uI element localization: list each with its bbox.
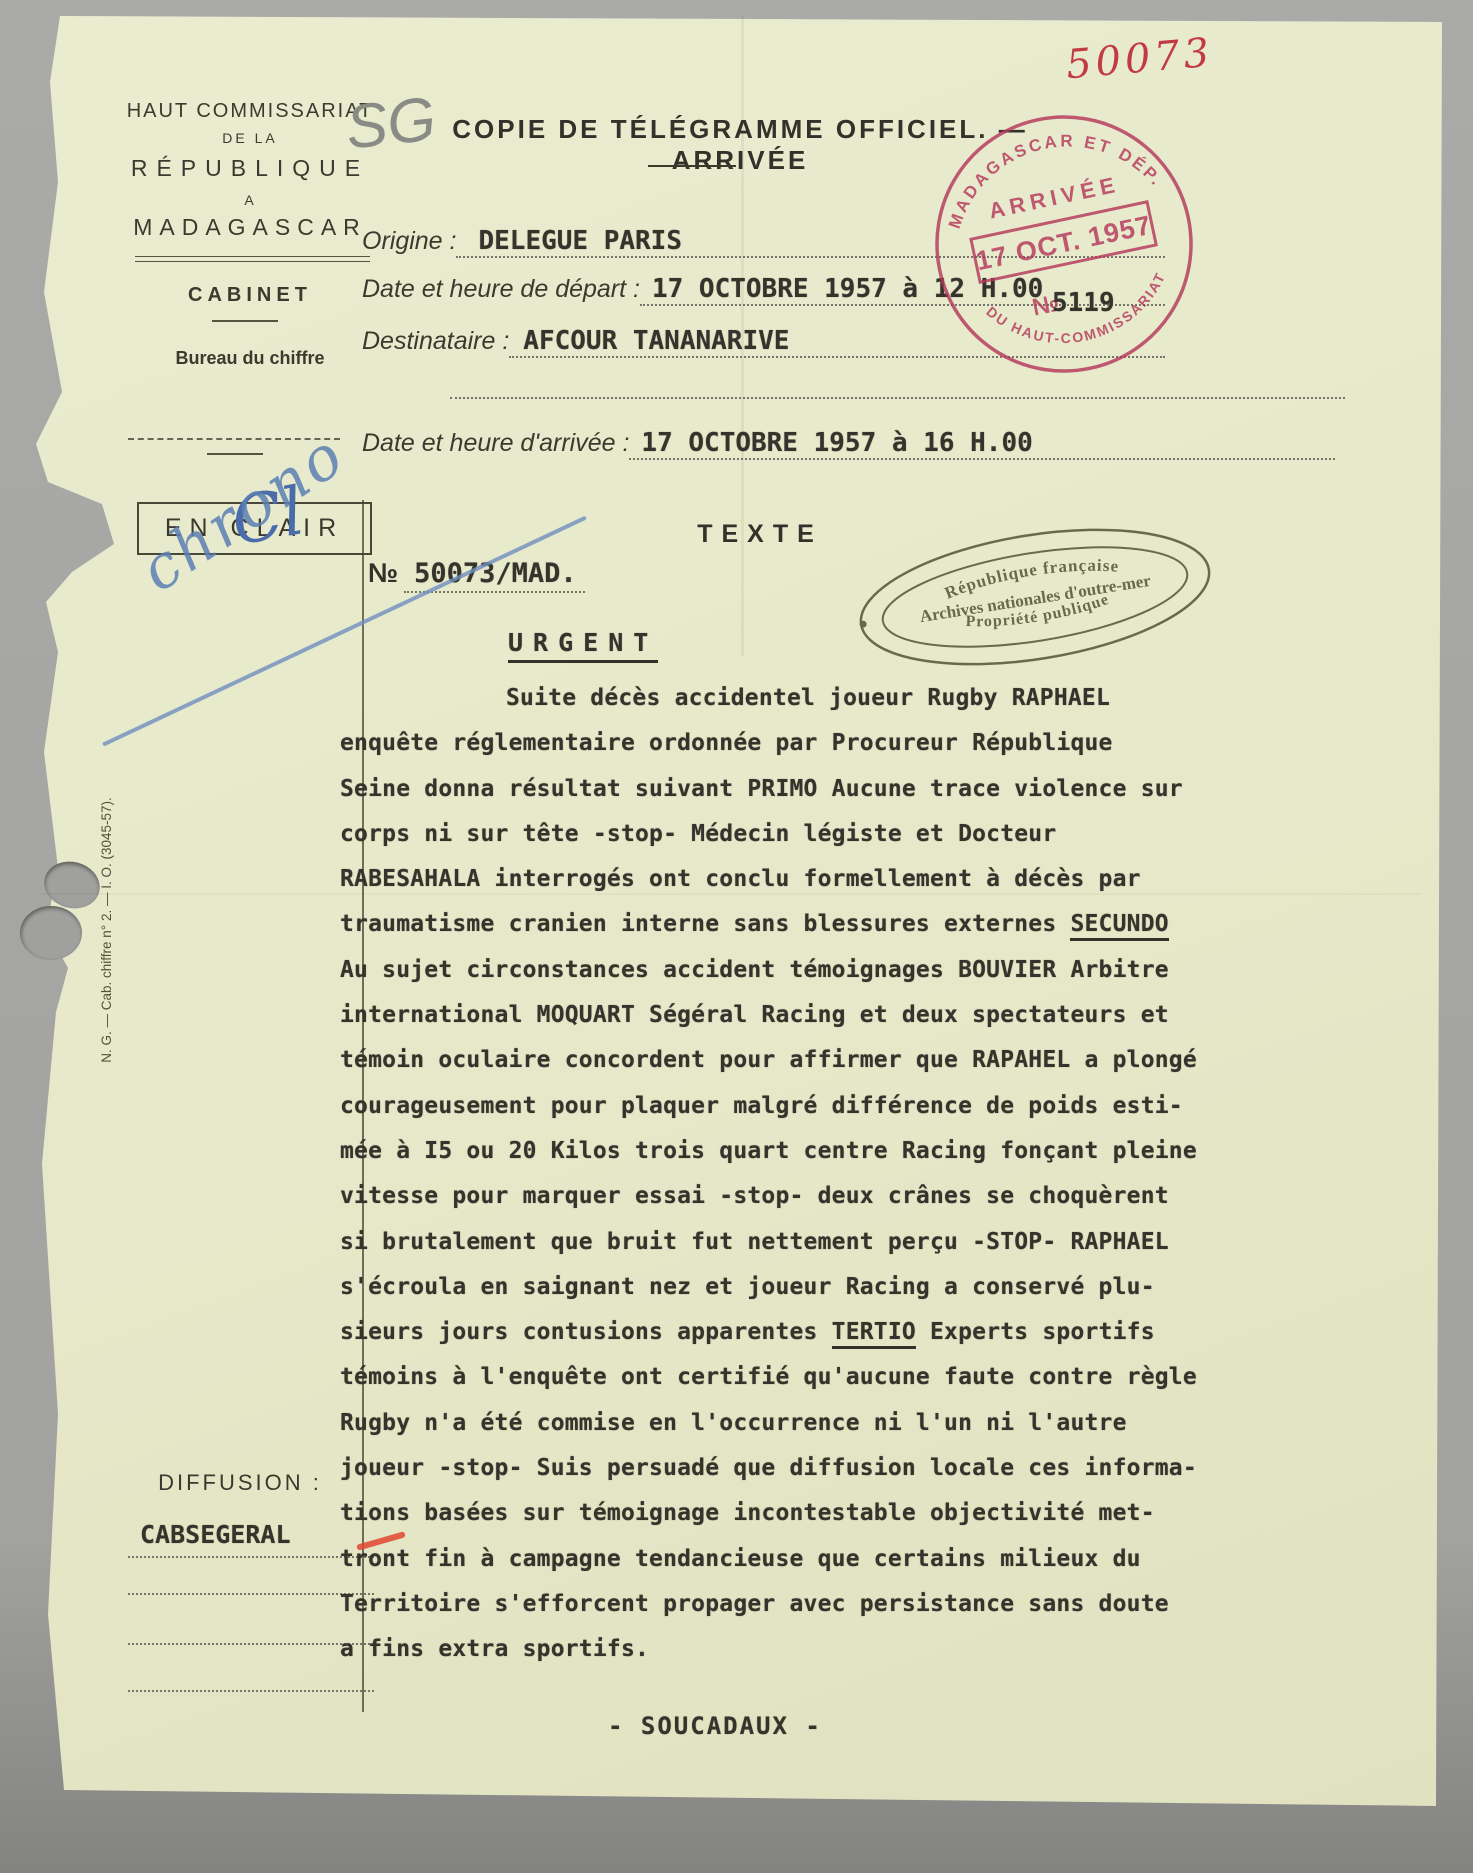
- rule: [212, 320, 278, 322]
- field-destinataire-label: Destinataire :: [362, 327, 509, 358]
- punch-hole: [20, 906, 82, 960]
- telegram-line: s'écroula en saignant nez et joueur Raci…: [340, 1274, 1230, 1319]
- archive-stamp: République française Archives nationales…: [845, 515, 1225, 680]
- urgent-heading: URGENT: [508, 628, 658, 663]
- scanned-telegram-page: HAUT COMMISSARIAT DE LA RÉPUBLIQUE A MAD…: [0, 0, 1473, 1873]
- telegram-line: sieurs jours contusions apparentes TERTI…: [340, 1319, 1230, 1364]
- telegram-number-row: №50073/MAD.: [368, 558, 585, 589]
- field-origin-label: Origine :: [362, 227, 456, 258]
- stamp-arrivee-word: ARRIVÉE: [987, 172, 1122, 224]
- letterhead-line-4: A: [100, 192, 400, 208]
- field-arrivee-label: Date et heure d'arrivée :: [362, 429, 629, 460]
- blank-line: [128, 1643, 374, 1645]
- rule: [135, 256, 370, 262]
- telegram-line: RABESAHALA interrogés ont conclu formell…: [340, 866, 1230, 911]
- letterhead-bureau: Bureau du chiffre: [100, 348, 400, 369]
- field-depart-label: Date et heure de départ :: [362, 275, 640, 306]
- arrival-stamp: MADAGASCAR ET DÉP. ARRIVÉE 17 OCT. 1957 …: [928, 108, 1200, 380]
- telegram-line: si brutalement que bruit fut nettement p…: [340, 1229, 1230, 1274]
- telegram-line: courageusement pour plaquer malgré diffé…: [340, 1093, 1230, 1138]
- letterhead-cabinet: CABINET: [100, 284, 400, 307]
- field-arrivee-value: 17 OCTOBRE 1957 à 16 H.00: [641, 428, 1032, 458]
- printer-imprint: N. G. — Cab. chiffre n° 2. — I. O. (3045…: [99, 720, 117, 1140]
- telegram-line: Rugby n'a été commise en l'occurrence ni…: [340, 1410, 1230, 1455]
- telegram-line: Au sujet circonstances accident témoigna…: [340, 957, 1230, 1002]
- telegram-number-label: №: [368, 558, 398, 588]
- letterhead-line-5: MADAGASCAR: [95, 214, 405, 241]
- telegram-line: joueur -stop- Suis persuadé que diffusio…: [340, 1455, 1230, 1500]
- telegram-line: témoins à l'enquête ont certifié qu'aucu…: [340, 1364, 1230, 1409]
- rule: [648, 165, 736, 167]
- diffusion-row: CABSEGERAL: [128, 1520, 374, 1558]
- telegram-line: Territoire s'efforcent propager avec per…: [340, 1591, 1230, 1636]
- telegram-line: mée à I5 ou 20 Kilos trois quart centre …: [340, 1138, 1230, 1183]
- signature: - SOUCADAUX -: [608, 1712, 822, 1740]
- arrival-register-number: 5119: [1052, 288, 1115, 318]
- blank-line: [450, 397, 1345, 399]
- rule: [207, 453, 263, 455]
- telegram-line: Suite décès accidentel joueur Rugby RAPH…: [340, 685, 1230, 730]
- telegram-line: tions basées sur témoignage incontestabl…: [340, 1500, 1230, 1545]
- telegram-line: vitesse pour marquer essai -stop- deux c…: [340, 1183, 1230, 1228]
- diffusion-label: DIFFUSION :: [118, 1470, 362, 1496]
- telegram-body: Suite décès accidentel joueur Rugby RAPH…: [340, 685, 1230, 1682]
- telegram-line: enquête réglementaire ordonnée par Procu…: [340, 730, 1230, 775]
- telegram-line: tront fin à campagne tendancieuse que ce…: [340, 1546, 1230, 1591]
- telegram-line: a fins extra sportifs.: [340, 1636, 1230, 1681]
- telegram-line: traumatisme cranien interne sans blessur…: [340, 911, 1230, 956]
- blank-line: [128, 1690, 374, 1692]
- telegram-line: international MOQUART Ségéral Racing et …: [340, 1002, 1230, 1047]
- field-origin-value: DELEGUE PARIS: [478, 226, 682, 256]
- field-destinataire-value: AFCOUR TANANARIVE: [523, 326, 789, 356]
- telegram-line: témoin oculaire concordent pour affirmer…: [340, 1047, 1230, 1092]
- pencil-initials: SG: [343, 84, 440, 164]
- diffusion-value: CABSEGERAL: [140, 1520, 291, 1549]
- field-arrivee: Date et heure d'arrivée : 17 OCTOBRE 195…: [362, 424, 1335, 460]
- telegram-line: Seine donna résultat suivant PRIMO Aucun…: [340, 776, 1230, 821]
- telegram-line: corps ni sur tête -stop- Médecin légiste…: [340, 821, 1230, 866]
- texte-heading: TEXTE: [640, 520, 880, 549]
- blank-line: [128, 1593, 374, 1595]
